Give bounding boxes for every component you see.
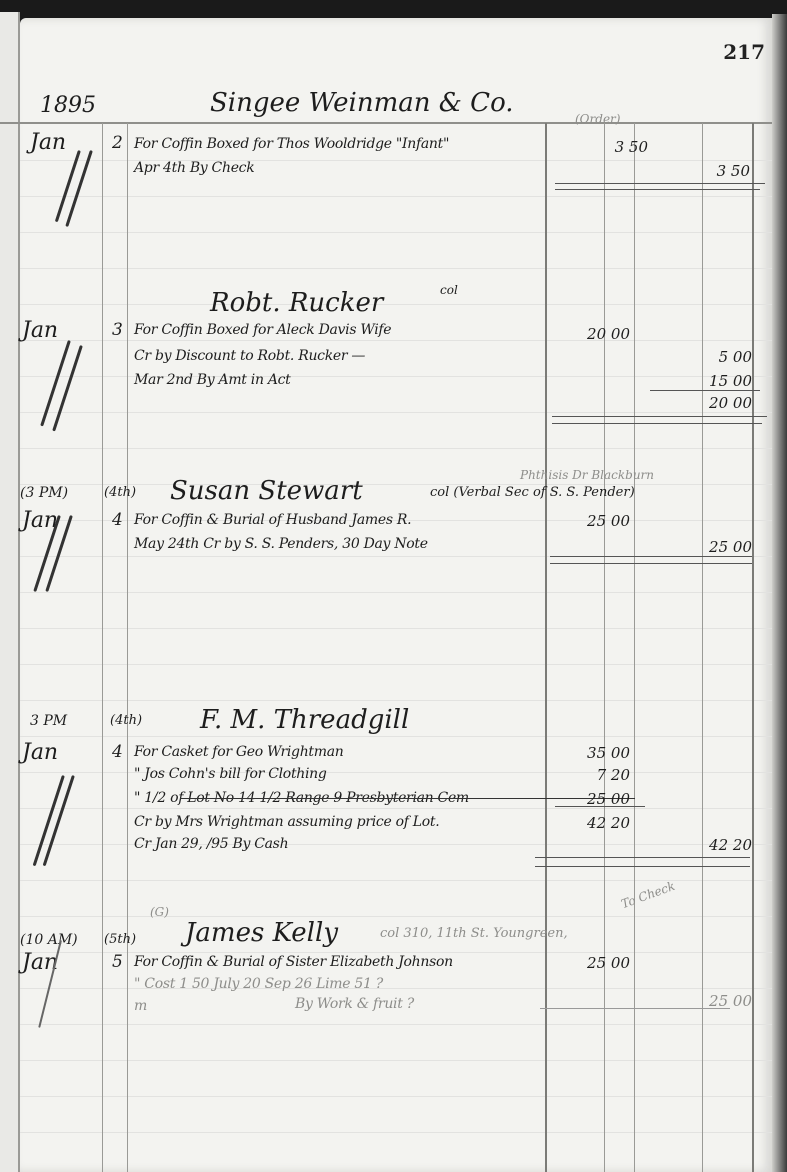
ledger-line <box>20 1096 772 1097</box>
entry-line: Cr by Mrs Wrightman assuming price of Lo… <box>134 814 439 830</box>
account-note: col <box>440 283 458 297</box>
column-rule-right <box>752 123 754 1172</box>
account-name: F. M. Threadgill <box>200 705 409 735</box>
entry-month: Jan <box>22 740 58 765</box>
entry-time: (10 AM) <box>20 932 78 948</box>
debit-total: 42 20 <box>560 814 630 832</box>
entry-line: May 24th Cr by S. S. Penders, 30 Day Not… <box>134 536 428 552</box>
account-name: Robt. Rucker <box>210 288 383 318</box>
entry-day: 5 <box>112 952 123 972</box>
balance-rule <box>555 189 760 190</box>
page-stack-edge <box>772 14 787 1172</box>
ledger-line <box>20 808 772 809</box>
balance-rule <box>550 563 752 564</box>
account-name: Susan Stewart <box>170 476 363 506</box>
ledger-line <box>20 304 772 305</box>
ledger-line <box>20 232 772 233</box>
sum-rule <box>555 806 645 807</box>
entry-line: Mar 2nd By Amt in Act <box>134 372 291 388</box>
balance-rule <box>555 183 765 184</box>
credit-amount: 3 50 <box>680 162 750 180</box>
column-rule-day <box>127 123 128 1172</box>
ledger-line <box>20 844 772 845</box>
balance-rule <box>535 857 750 858</box>
ledger-line <box>20 916 772 917</box>
balance-rule <box>550 556 752 557</box>
account-name: James Kelly <box>185 918 338 948</box>
column-rule-credit <box>634 123 635 1172</box>
account-note: col 310, 11th St. Youngreen, <box>380 926 568 941</box>
ledger-line <box>20 952 772 953</box>
ledger-line <box>20 1132 772 1133</box>
entry-day: 3 <box>112 320 123 340</box>
entry-day: 4 <box>112 510 123 530</box>
entry-time: (3 PM) <box>20 485 68 501</box>
credit-amount: 42 20 <box>682 836 752 854</box>
ledger-line <box>20 772 772 773</box>
entry-mark: (4th) <box>110 713 142 728</box>
entry-time: 3 PM <box>30 713 67 729</box>
debit-amount: 25 00 <box>560 954 630 972</box>
bracket-mark: (G) <box>150 905 169 919</box>
ledger-line <box>20 448 772 449</box>
ledger-line <box>20 880 772 881</box>
ledger-line <box>20 340 772 341</box>
column-rule-date <box>102 123 103 1172</box>
ledger-line <box>20 628 772 629</box>
entry-mark-m: m <box>134 998 147 1014</box>
ledger-line <box>20 412 772 413</box>
entry-line: By Work & fruit ? <box>295 996 414 1012</box>
ledger-line <box>20 1024 772 1025</box>
page-number: 217 <box>723 40 765 64</box>
margin-note: Phthisis Dr Blackburn <box>520 468 654 482</box>
credit-total: 20 00 <box>682 394 752 412</box>
credit-amount: 5 00 <box>682 348 752 366</box>
entry-mark: (5th) <box>104 932 136 947</box>
entry-line: For Coffin & Burial of Sister Elizabeth … <box>134 954 453 970</box>
credit-amount: 15 00 <box>682 372 752 390</box>
account-note: col (Verbal Sec of S. S. Pender) <box>430 485 635 500</box>
facing-page-edge <box>0 12 20 1172</box>
balance-rule <box>535 866 750 867</box>
debit-amount: 7 20 <box>560 766 630 784</box>
credit-amount: 25 00 <box>682 538 752 556</box>
debit-amount: 35 00 <box>560 744 630 762</box>
ledger-line <box>20 664 772 665</box>
entry-line: " Jos Cohn's bill for Clothing <box>134 766 327 782</box>
entry-mark: (4th) <box>104 485 136 500</box>
entry-day: 4 <box>112 742 123 762</box>
entry-line: For Coffin & Burial of Husband James R. <box>134 512 411 528</box>
sum-rule <box>650 390 760 391</box>
ledger-line <box>20 1060 772 1061</box>
entry-line: " Cost 1 50 July 20 Sep 26 Lime 51 ? <box>134 976 383 992</box>
balance-rule <box>540 1008 730 1009</box>
balance-rule <box>552 423 762 424</box>
debit-amount: 25 00 <box>560 512 630 530</box>
entry-line: Apr 4th By Check <box>134 160 254 176</box>
entry-line: For Coffin Boxed for Thos Wooldridge "In… <box>134 136 449 152</box>
column-rule-debit-cents <box>604 123 605 1172</box>
header-rule <box>0 122 772 124</box>
debit-amount: 3 50 <box>578 138 648 156</box>
entry-line: For Casket for Geo Wrightman <box>134 744 343 760</box>
entry-line: Cr Jan 29, /95 By Cash <box>134 836 288 852</box>
account-name: Singee Weinman & Co. <box>210 88 514 118</box>
entry-day: 2 <box>112 133 123 153</box>
ledger-line <box>20 196 772 197</box>
debit-amount: 20 00 <box>560 325 630 343</box>
ledger-line <box>20 736 772 737</box>
entry-month: Jan <box>30 130 66 155</box>
account-note: (Order) <box>575 112 620 126</box>
column-rule-credit-cents <box>702 123 703 1172</box>
ledger-line <box>20 700 772 701</box>
entry-line: For Coffin Boxed for Aleck Davis Wife <box>134 322 391 338</box>
ledger-line <box>20 592 772 593</box>
balance-rule <box>552 416 767 417</box>
column-rule-debit <box>545 123 547 1172</box>
entry-line: Cr by Discount to Robt. Rucker — <box>134 348 365 364</box>
ledger-line <box>20 160 772 161</box>
ledger-line <box>20 988 772 989</box>
ledger-year: 1895 <box>40 93 96 118</box>
entry-month: Jan <box>22 318 58 343</box>
ledger-line <box>20 268 772 269</box>
ledger-line <box>20 376 772 377</box>
